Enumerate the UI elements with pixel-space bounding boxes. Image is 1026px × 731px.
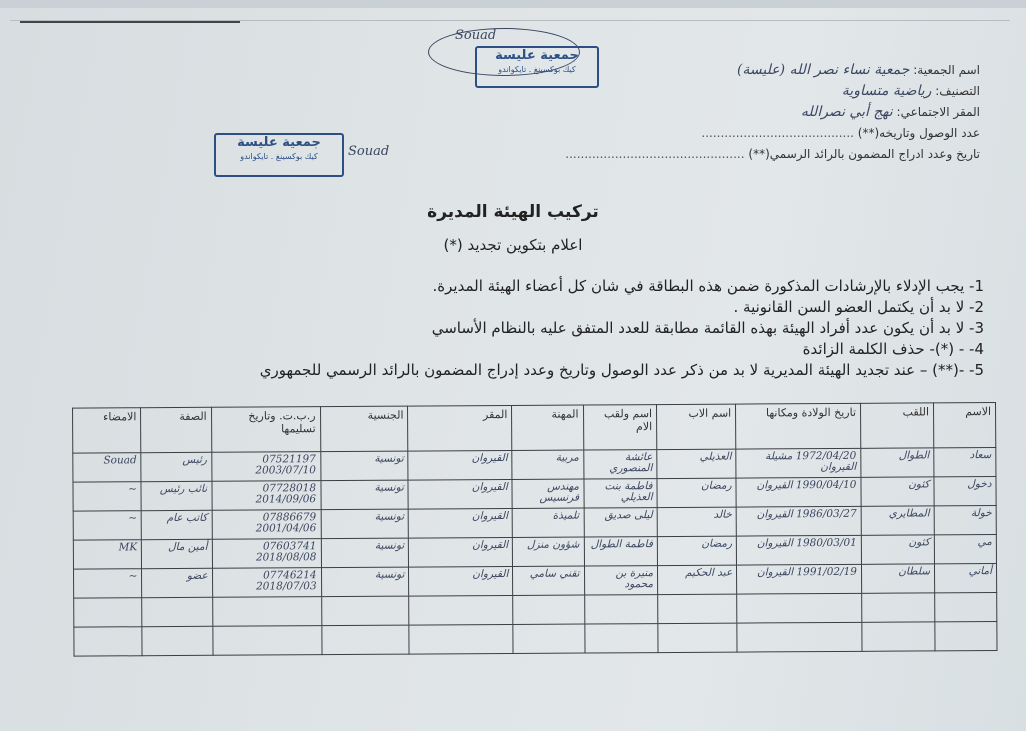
table-row-empty <box>74 621 997 656</box>
association-stamp: جمعية عليسة كيك بوكسينغ . تايكواندو <box>475 46 599 88</box>
signature-cell: MK <box>73 540 142 569</box>
col-name: الاسم <box>933 403 995 448</box>
table-header-row: الاسم اللقب تاريخ الولادة ومكانها اسم ال… <box>73 403 996 454</box>
signature: Souad <box>348 144 389 159</box>
col-residence: المقر <box>408 405 512 451</box>
col-surname: اللقب <box>860 403 933 448</box>
paper-top-edge <box>10 20 1010 25</box>
instruction-item: 2- لا بد أن يكتمل العضو السن القانونية . <box>104 297 984 318</box>
instruction-item: 1- يجب الإدلاء بالإرشادات المذكورة ضمن ه… <box>104 276 984 297</box>
field-headquarters: المقر الاجتماعي: نهج أبي نصرالله <box>420 102 980 123</box>
field-gazette-date: تاريخ وعدد ادراج المضمون بالرائد الرسمي(… <box>420 144 980 165</box>
instructions-list: 1- يجب الإدلاء بالإرشادات المذكورة ضمن ه… <box>104 276 984 381</box>
signature-cell: Souad <box>73 453 142 482</box>
page-subtitle: اعلام بتكوين تجديد (*) <box>0 236 1026 254</box>
col-nationality: الجنسية <box>320 406 408 452</box>
signature-cell: ~ <box>73 511 142 540</box>
field-arrival-number: عدد الوصول وتاريخه(**) .................… <box>420 123 980 144</box>
board-members-table: الاسم اللقب تاريخ الولادة ومكانها اسم ال… <box>72 402 998 657</box>
col-signature: الامضاء <box>73 408 142 453</box>
instruction-item: 5- -(**) – عند تجديد الهيئة المديرية لا … <box>104 360 984 381</box>
col-mother: اسم ولقب الام <box>583 405 657 450</box>
col-father: اسم الاب <box>657 404 736 449</box>
paper-sheet: اسم الجمعية: جمعية نساء نصر الله (عليسة)… <box>0 8 1026 731</box>
col-role: الصفة <box>141 407 212 452</box>
col-profession: المهنة <box>512 405 583 450</box>
instruction-item: 4- - (*)- حذف الكلمة الزائدة <box>104 339 984 360</box>
association-stamp: جمعية عليسة كيك بوكسينغ . تايكواندو <box>214 133 344 177</box>
col-birth: تاريخ الولادة ومكانها <box>736 403 861 449</box>
signature-cell: ~ <box>74 569 143 598</box>
col-id-card: ر.ب.ت. وتاريخ تسليمها <box>211 407 320 453</box>
signature: Souad <box>455 28 496 43</box>
instruction-item: 3- لا بد أن يكون عدد أفراد الهيئة بهذه ا… <box>104 318 984 339</box>
signature-cell: ~ <box>73 482 142 511</box>
page-title: تركيب الهيئة المديرة <box>0 202 1026 222</box>
ink-mark <box>20 21 240 23</box>
